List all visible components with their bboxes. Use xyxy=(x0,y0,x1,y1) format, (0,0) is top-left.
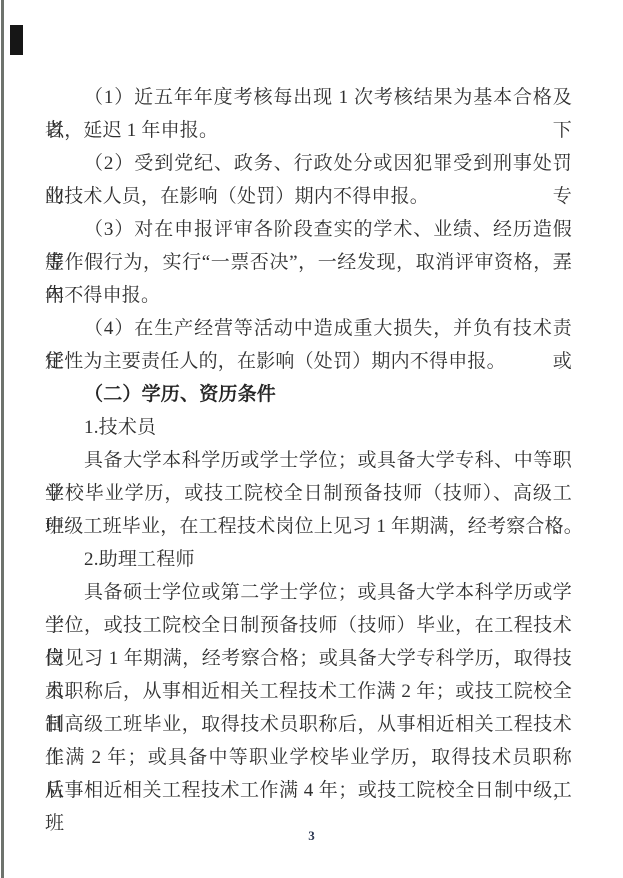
text-line: 位见习 1 年期满，经考察合格；或具备大学专科学历，取得技术 xyxy=(45,642,572,675)
text-line: 作满 2 年；或具备中等职业学校毕业学历，取得技术员职称后， xyxy=(45,741,572,774)
text-line: （2）受到党纪、政务、行政处分或因犯罪受到刑事处罚的专 xyxy=(45,147,572,180)
text-line: 定性为主要责任人的，在影响（处罚）期内不得申报。 xyxy=(45,345,572,378)
document-body: （1）近五年年度考核每出现 1 次考核结果为基本合格及以下者，延迟 1 年申报。… xyxy=(45,81,572,807)
text-line: 具备硕士学位或第二学士学位；或具备大学本科学历或学士 xyxy=(45,576,572,609)
text-line: 从事相近相关工程技术工作满 4 年；或技工院校全日制中级工班 xyxy=(45,774,572,807)
text-line: 学位，或技工院校全日制预备技师（技师）毕业，在工程技术岗 xyxy=(45,609,572,642)
text-line: 中级工班毕业，在工程技术岗位上见习 1 年期满，经考察合格。 xyxy=(45,510,572,543)
page-number: 3 xyxy=(0,828,623,844)
text-line: （1）近五年年度考核每出现 1 次考核结果为基本合格及以下 xyxy=(45,81,572,114)
text-line: 2.助理工程师 xyxy=(45,543,572,576)
text-line: （二）学历、资历条件 xyxy=(45,378,572,411)
text-line: （3）对在申报评审各阶段查实的学术、业绩、经历造假等弄 xyxy=(45,213,572,246)
text-line: （4）在生产经营等活动中造成重大损失，并负有技术责任或 xyxy=(45,312,572,345)
text-line: 内不得申报。 xyxy=(45,279,572,312)
scan-edge-line xyxy=(1,0,4,878)
scan-artifact-mark xyxy=(10,25,23,55)
text-line: 虚作假行为，实行“一票否决”，一经发现，取消评审资格，三年 xyxy=(45,246,572,279)
text-line: 具备大学本科学历或学士学位；或具备大学专科、中等职业 xyxy=(45,444,572,477)
text-line: 员职称后，从事相近相关工程技术工作满 2 年；或技工院校全日 xyxy=(45,675,572,708)
text-line: 学校毕业学历，或技工院校全日制预备技师（技师）、高级工班、 xyxy=(45,477,572,510)
scanned-document-page: { "colors": { "paper": "#ffffff", "ink":… xyxy=(0,0,623,878)
text-line: 制高级工班毕业，取得技术员职称后，从事相近相关工程技术工 xyxy=(45,708,572,741)
text-line: 1.技术员 xyxy=(45,411,572,444)
